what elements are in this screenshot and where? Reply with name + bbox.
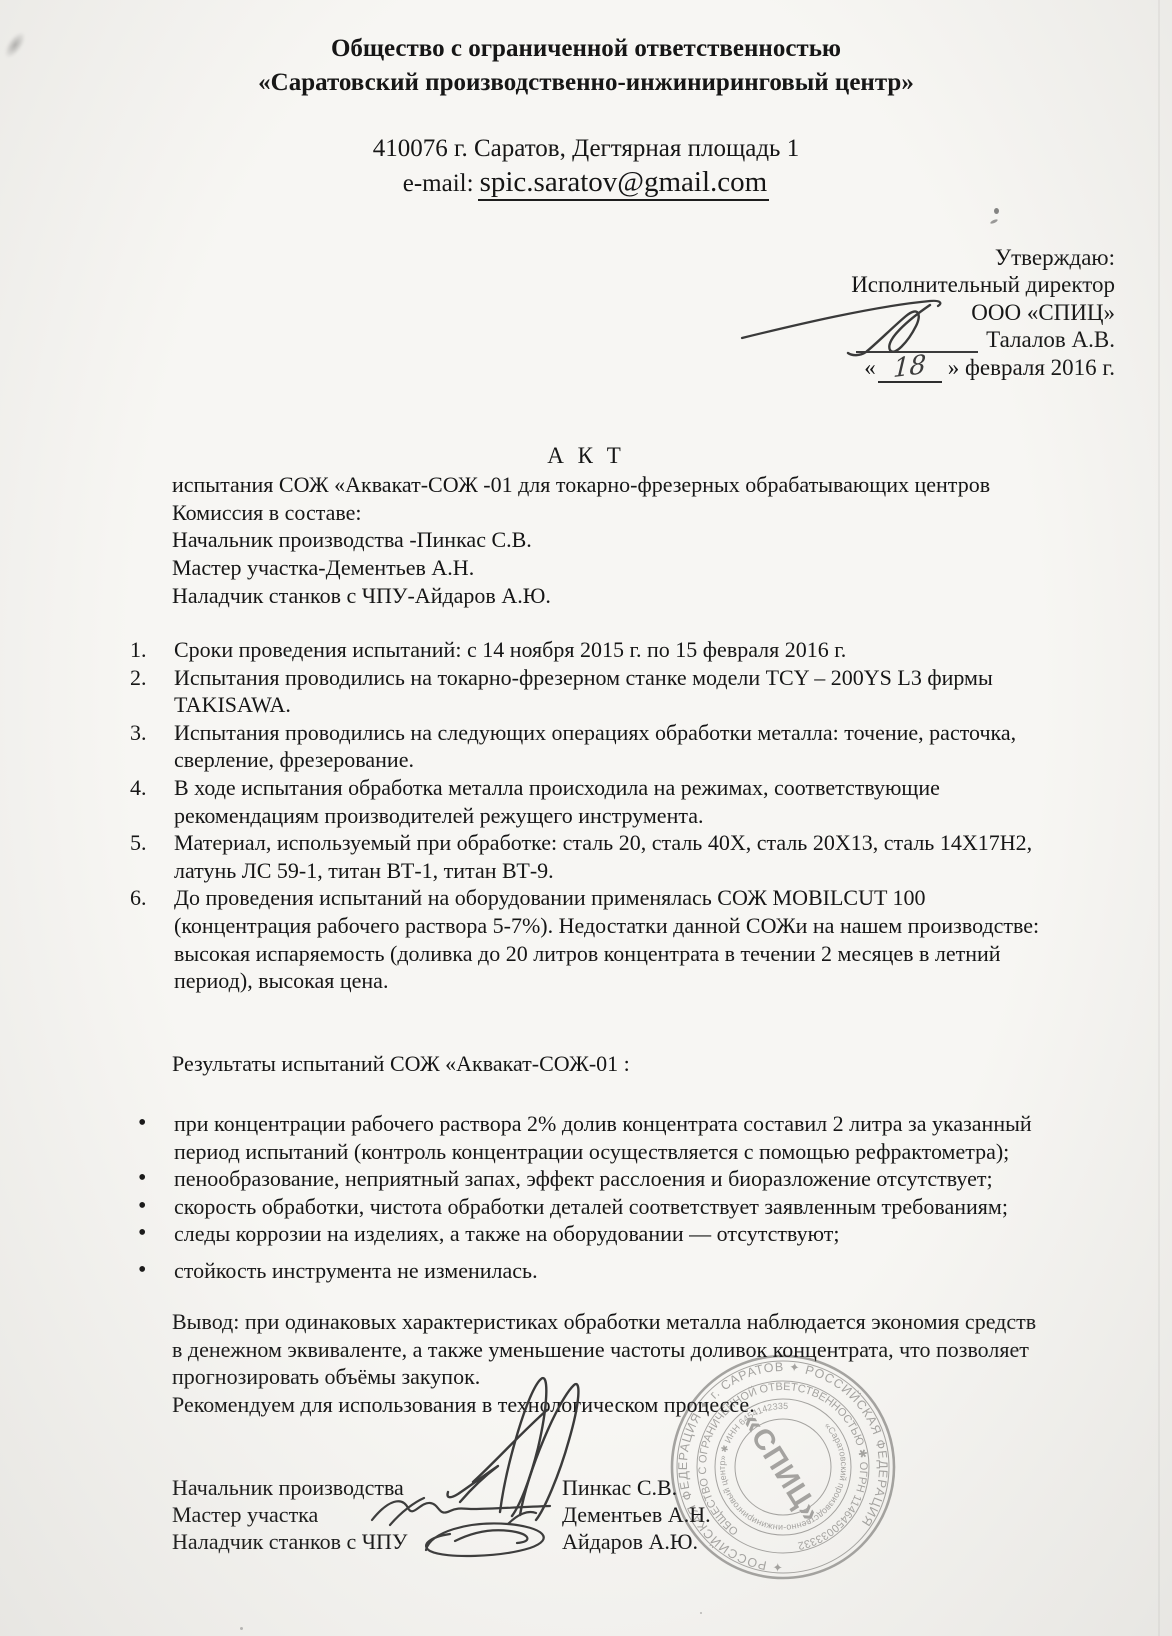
bullet-marker: •	[138, 1165, 174, 1193]
results-bullet-list: • при концентрации рабочего раствора 2% …	[138, 1110, 1098, 1284]
list-item-line: латунь ЛС 59-1, титан ВТ-1, титан ВТ-9.	[174, 857, 1090, 885]
bullet-line: период испытаний (контроль концентрации …	[174, 1138, 1098, 1166]
list-item-number: 2.	[130, 664, 174, 719]
bullet-marker: •	[138, 1257, 174, 1285]
scan-speck	[700, 1612, 702, 1614]
bullet-line: следы коррозии на изделиях, а также на о…	[174, 1220, 1098, 1248]
list-item-line: В ходе испытания обработка металла проис…	[174, 774, 1090, 802]
org-name-line1: Общество с ограниченной ответственностью	[0, 32, 1172, 66]
scan-edge-line	[1158, 0, 1160, 1636]
list-item-line: сверление, фрезерование.	[174, 746, 1090, 774]
list-item-line: Материал, используемый при обработке: ст…	[174, 829, 1090, 857]
email-address: spic.saratov@gmail.com	[478, 166, 770, 201]
signers-signatures	[360, 1370, 620, 1570]
bullet-marker: •	[138, 1110, 174, 1165]
approval-approve-label: Утверждаю:	[851, 244, 1115, 271]
conclusion-line: Вывод: при одинаковых характеристиках об…	[172, 1308, 1036, 1336]
bullet-item: • при концентрации рабочего раствора 2% …	[138, 1110, 1098, 1165]
list-item: 5. Материал, используемый при обработке:…	[130, 829, 1090, 884]
list-item-number: 4.	[130, 774, 174, 829]
document-page: ✦ РОССИЙСКАЯ ФЕДЕРАЦИЯ ✦ г. САРАТОВ ✦ РО…	[0, 0, 1172, 1636]
org-address: 410076 г. Саратов, Дегтярная площадь 1	[0, 135, 1172, 163]
signer-role: Мастер участка	[172, 1502, 318, 1527]
list-item-line: Испытания проводились на следующих опера…	[174, 719, 1090, 747]
bullet-marker: •	[138, 1220, 174, 1248]
commission-member: Начальник производства -Пинкас С.В.	[172, 526, 990, 554]
bullet-item: • скорость обработки, чистота обработки …	[138, 1193, 1098, 1221]
list-item-line: рекомендациям производителей режущего ин…	[174, 802, 1090, 830]
act-subtitle: испытания СОЖ «Аквакат-СОЖ -01 для токар…	[172, 471, 990, 499]
bullet-line: пенообразование, неприятный запах, эффек…	[174, 1165, 1098, 1193]
bullet-item: • следы коррозии на изделиях, а также на…	[138, 1220, 1098, 1248]
list-item-number: 3.	[130, 719, 174, 774]
org-email-row: e-mail: spic.saratov@gmail.com	[0, 166, 1172, 199]
bullet-marker: •	[138, 1193, 174, 1221]
commission-intro: Комиссия в составе:	[172, 499, 990, 527]
bullet-item: • стойкость инструмента не изменилась.	[138, 1257, 1098, 1285]
test-conditions-list: 1. Сроки проведения испытаний: с 14 нояб…	[130, 636, 1090, 995]
act-title: А К Т	[0, 443, 1172, 469]
bullet-item: • пенообразование, неприятный запах, эфф…	[138, 1165, 1098, 1193]
list-item-line: (концентрация рабочего раствора 5-7%). Н…	[174, 912, 1090, 940]
list-item-line: высокая испаряемость (доливка до 20 литр…	[174, 940, 1090, 968]
bullet-line: стойкость инструмента не изменилась.	[174, 1257, 1098, 1285]
scan-speck	[240, 1627, 243, 1630]
list-item-number: 1.	[130, 636, 174, 664]
act-intro: испытания СОЖ «Аквакат-СОЖ -01 для токар…	[172, 471, 990, 610]
scan-speck	[994, 208, 999, 214]
list-item: 2. Испытания проводились на токарно-фрез…	[130, 664, 1090, 719]
commission-member: Мастер участка-Дементьев А.Н.	[172, 554, 990, 582]
signature-line	[856, 351, 978, 353]
list-item-line: До проведения испытаний на оборудовании …	[174, 884, 1090, 912]
bullet-line: при концентрации рабочего раствора 2% до…	[174, 1110, 1098, 1138]
list-item: 4. В ходе испытания обработка металла пр…	[130, 774, 1090, 829]
conclusion-line: в денежном эквиваленте, а также уменьшен…	[172, 1336, 1036, 1364]
list-item-line: период), высокая цена.	[174, 967, 1090, 995]
org-name-line2: «Саратовский производственно-инжиниринго…	[0, 66, 1172, 100]
list-item-number: 5.	[130, 829, 174, 884]
list-item: 3. Испытания проводились на следующих оп…	[130, 719, 1090, 774]
list-item-line: TAKISAWA.	[174, 691, 1090, 719]
scan-speck	[990, 218, 999, 224]
list-item-number: 6.	[130, 884, 174, 994]
list-item-line: Испытания проводились на токарно-фрезерн…	[174, 664, 1090, 692]
list-item: 1. Сроки проведения испытаний: с 14 нояб…	[130, 636, 1090, 664]
list-item-line: Сроки проведения испытаний: с 14 ноября …	[174, 636, 1090, 664]
list-item: 6. До проведения испытаний на оборудован…	[130, 884, 1090, 994]
email-label: e-mail:	[403, 170, 474, 197]
director-signature	[700, 280, 1020, 380]
bullet-line: скорость обработки, чистота обработки де…	[174, 1193, 1098, 1221]
results-heading: Результаты испытаний СОЖ «Аквакат-СОЖ-01…	[172, 1050, 630, 1078]
commission-member: Наладчик станков с ЧПУ-Айдаров А.Ю.	[172, 582, 990, 610]
